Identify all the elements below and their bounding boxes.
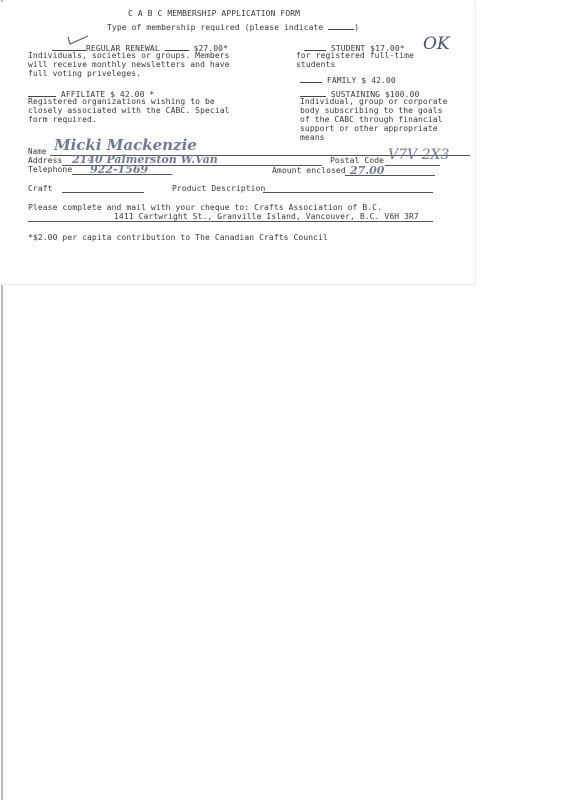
amount-value[interactable]: 27.00 xyxy=(350,164,384,177)
postal-code-line xyxy=(385,165,440,166)
student-desc-2: students xyxy=(296,60,335,69)
regular-blank[interactable] xyxy=(52,42,86,51)
affiliate-desc-2: closely associated with the CABC. Specia… xyxy=(28,106,230,115)
affiliate-desc-1: Registered organizations wishing to be xyxy=(28,97,215,106)
mail-address: 1411 Cartwright St., Granville Island, V… xyxy=(114,212,419,221)
indicate-blank xyxy=(328,21,354,30)
form-subtitle: Type of membership required (please indi… xyxy=(107,21,359,32)
student-blank[interactable] xyxy=(304,42,326,51)
amount-label: Amount enclosed xyxy=(272,166,346,175)
family-blank[interactable] xyxy=(300,74,322,83)
sustaining-desc-3: of the CABC through financial xyxy=(300,115,443,124)
sustaining-desc-4: support or other appropriate xyxy=(300,124,438,133)
name-value[interactable]: Micki Mackenzie xyxy=(54,136,197,154)
mail-rule xyxy=(28,221,433,222)
student-desc-1: for registered full-time xyxy=(296,51,414,60)
mail-instructions: Please complete and mail with your chequ… xyxy=(28,203,382,212)
form-title: C A B C MEMBERSHIP APPLICATION FORM xyxy=(128,9,300,18)
subtitle-close: ) xyxy=(354,23,359,32)
family-label: FAMILY $ 42.00 xyxy=(327,76,396,85)
postal-code-value[interactable]: V7V 2X3 xyxy=(388,147,449,163)
affiliate-desc-3: form required. xyxy=(28,115,97,124)
telephone-value[interactable]: 922-1569 xyxy=(90,163,148,176)
option-family[interactable]: FAMILY $ 42.00 xyxy=(300,74,396,85)
product-description-label: Product Description xyxy=(172,184,265,193)
membership-form: C A B C MEMBERSHIP APPLICATION FORM Type… xyxy=(0,2,476,285)
sustaining-desc-1: Individual, group or corporate xyxy=(300,97,448,106)
sustaining-desc-2: body subscribing to the goals xyxy=(300,106,443,115)
product-description-line[interactable] xyxy=(263,192,433,193)
affiliate-blank[interactable] xyxy=(28,88,56,97)
address-label: Address xyxy=(28,156,62,165)
subtitle-text: Type of membership required (please indi… xyxy=(107,23,323,32)
regular-desc-2: will receive monthly newsletters and hav… xyxy=(28,60,230,69)
renewal-blank[interactable] xyxy=(165,42,189,51)
ok-annotation: OK xyxy=(423,34,450,54)
regular-desc-1: Individuals, societies or groups. Member… xyxy=(28,51,230,60)
telephone-label: Telephone xyxy=(28,165,72,174)
footnote: *$2.00 per capita contribution to The Ca… xyxy=(28,233,328,242)
craft-line[interactable] xyxy=(62,192,144,193)
regular-desc-3: full voting priveleges. xyxy=(28,69,141,78)
sustaining-desc-5: means xyxy=(300,133,325,142)
name-label: Name xyxy=(28,147,46,156)
craft-label: Craft xyxy=(28,184,53,193)
sustaining-blank[interactable] xyxy=(300,88,326,97)
